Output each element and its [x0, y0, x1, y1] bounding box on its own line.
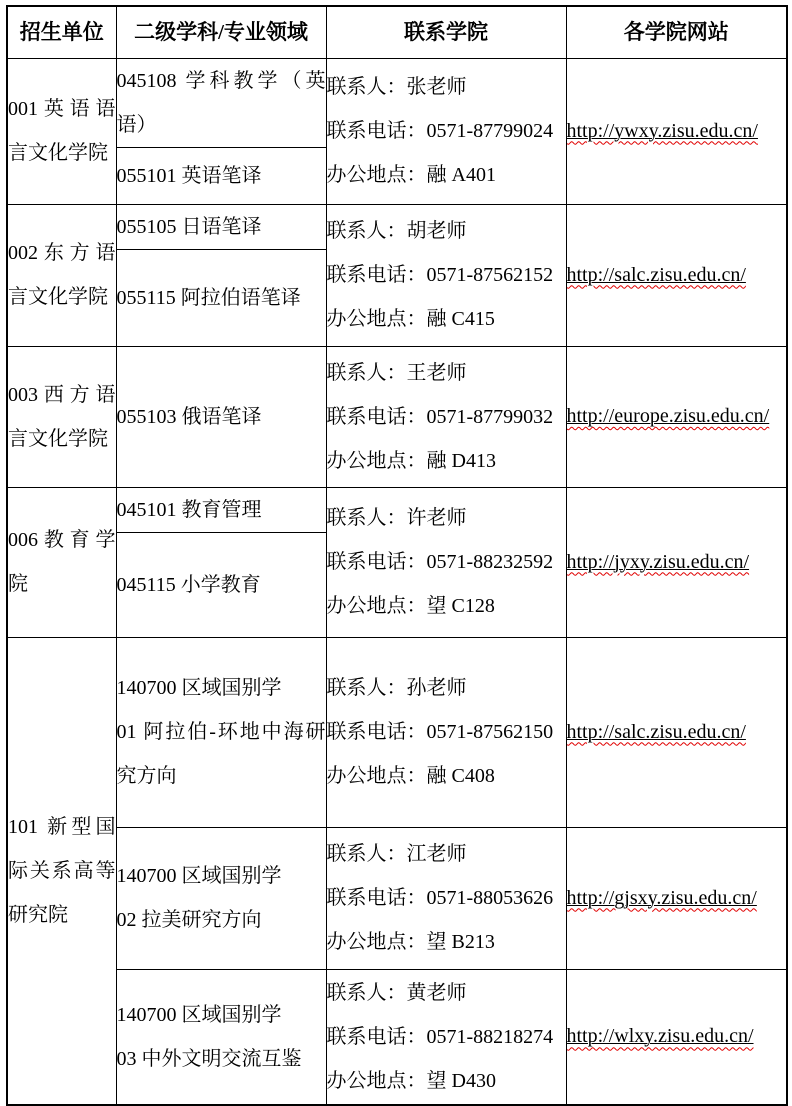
contact-cell: 联系人：江老师 联系电话：0571-88053626 办公地点：望 B213	[326, 827, 566, 969]
contact-office: 办公地点：望 D430	[327, 1059, 566, 1103]
contact-phone: 联系电话：0571-88053626	[327, 876, 566, 920]
table-row: 101 新型国际关系高等研究院 140700 区域国别学 01 阿拉伯-环地中海…	[7, 637, 787, 827]
discipline-cell: 045108 学科教学（英语）	[116, 58, 326, 147]
contact-cell: 联系人：胡老师 联系电话：0571-87562152 办公地点：融 C415	[326, 204, 566, 346]
contact-phone: 联系电话：0571-87799024	[327, 109, 566, 153]
contact-phone: 联系电话：0571-87562150	[327, 710, 566, 754]
table-row: 140700 区域国别学 02 拉美研究方向 联系人：江老师 联系电话：0571…	[7, 827, 787, 969]
discipline-cell: 055101 英语笔译	[116, 147, 326, 204]
discipline-cell: 140700 区域国别学 02 拉美研究方向	[116, 827, 326, 969]
website-cell: http://gjsxy.zisu.edu.cn/	[566, 827, 787, 969]
admissions-contact-table: 招生单位 二级学科/专业领域 联系学院 各学院网站 001英语语言文化学院 04…	[6, 5, 788, 1106]
document-page: 招生单位 二级学科/专业领域 联系学院 各学院网站 001英语语言文化学院 04…	[0, 0, 792, 1093]
table-row: 001英语语言文化学院 045108 学科教学（英语） 联系人：张老师 联系电话…	[7, 58, 787, 147]
header-college-website: 各学院网站	[566, 6, 787, 58]
contact-office: 办公地点：望 B213	[327, 920, 566, 964]
website-link[interactable]: http://wlxy.zisu.edu.cn/	[567, 1025, 754, 1047]
contact-person: 联系人：黄老师	[327, 971, 566, 1015]
table-row: 006教育学院 045101 教育管理 联系人：许老师 联系电话：0571-88…	[7, 487, 787, 532]
header-discipline-field: 二级学科/专业领域	[116, 6, 326, 58]
unit-cell-001: 001英语语言文化学院	[7, 58, 116, 204]
table-row: 002东方语言文化学院 055105 日语笔译 联系人：胡老师 联系电话：057…	[7, 204, 787, 249]
contact-person: 联系人：江老师	[327, 832, 566, 876]
contact-phone: 联系电话：0571-87799032	[327, 395, 566, 439]
discipline-cell: 045115 小学教育	[116, 532, 326, 637]
table-row: 003西方语言文化学院 055103 俄语笔译 联系人：王老师 联系电话：057…	[7, 346, 787, 487]
website-cell: http://wlxy.zisu.edu.cn/	[566, 969, 787, 1105]
website-cell: http://europe.zisu.edu.cn/	[566, 346, 787, 487]
contact-person: 联系人：张老师	[327, 65, 566, 109]
contact-office: 办公地点：望 C128	[327, 584, 566, 628]
contact-cell: 联系人：黄老师 联系电话：0571-88218274 办公地点：望 D430	[326, 969, 566, 1105]
website-link[interactable]: http://europe.zisu.edu.cn/	[567, 405, 770, 427]
contact-office: 办公地点：融 C415	[327, 297, 566, 341]
contact-cell: 联系人：王老师 联系电话：0571-87799032 办公地点：融 D413	[326, 346, 566, 487]
discipline-cell: 055103 俄语笔译	[116, 346, 326, 487]
discipline-cell: 055115 阿拉伯语笔译	[116, 249, 326, 346]
contact-cell: 联系人：孙老师 联系电话：0571-87562150 办公地点：融 C408	[326, 637, 566, 827]
website-cell: http://ywxy.zisu.edu.cn/	[566, 58, 787, 204]
contact-phone: 联系电话：0571-88232592	[327, 540, 566, 584]
website-link[interactable]: http://jyxy.zisu.edu.cn/	[567, 551, 750, 573]
website-cell: http://jyxy.zisu.edu.cn/	[566, 487, 787, 637]
contact-cell: 联系人：许老师 联系电话：0571-88232592 办公地点：望 C128	[326, 487, 566, 637]
website-cell: http://salc.zisu.edu.cn/	[566, 204, 787, 346]
contact-person: 联系人：王老师	[327, 351, 566, 395]
contact-office: 办公地点：融 A401	[327, 153, 566, 197]
header-admissions-unit: 招生单位	[7, 6, 116, 58]
header-row: 招生单位 二级学科/专业领域 联系学院 各学院网站	[7, 6, 787, 58]
contact-phone: 联系电话：0571-88218274	[327, 1015, 566, 1059]
unit-cell-006: 006教育学院	[7, 487, 116, 637]
unit-cell-101: 101 新型国际关系高等研究院	[7, 637, 116, 1105]
contact-phone: 联系电话：0571-87562152	[327, 253, 566, 297]
contact-person: 联系人：胡老师	[327, 209, 566, 253]
contact-person: 联系人：孙老师	[327, 666, 566, 710]
header-contact-college: 联系学院	[326, 6, 566, 58]
contact-cell: 联系人：张老师 联系电话：0571-87799024 办公地点：融 A401	[326, 58, 566, 204]
website-link[interactable]: http://salc.zisu.edu.cn/	[567, 721, 746, 743]
discipline-cell: 055105 日语笔译	[116, 204, 326, 249]
website-link[interactable]: http://gjsxy.zisu.edu.cn/	[567, 887, 757, 909]
discipline-cell: 140700 区域国别学 01 阿拉伯-环地中海研究方向	[116, 637, 326, 827]
table-row: 140700 区域国别学 03 中外文明交流互鉴 联系人：黄老师 联系电话：05…	[7, 969, 787, 1105]
website-link[interactable]: http://ywxy.zisu.edu.cn/	[567, 120, 758, 142]
discipline-cell: 045101 教育管理	[116, 487, 326, 532]
website-link[interactable]: http://salc.zisu.edu.cn/	[567, 264, 746, 286]
contact-office: 办公地点：融 C408	[327, 754, 566, 798]
unit-cell-003: 003西方语言文化学院	[7, 346, 116, 487]
contact-office: 办公地点：融 D413	[327, 439, 566, 483]
contact-person: 联系人：许老师	[327, 496, 566, 540]
website-cell: http://salc.zisu.edu.cn/	[566, 637, 787, 827]
discipline-cell: 140700 区域国别学 03 中外文明交流互鉴	[116, 969, 326, 1105]
unit-cell-002: 002东方语言文化学院	[7, 204, 116, 346]
